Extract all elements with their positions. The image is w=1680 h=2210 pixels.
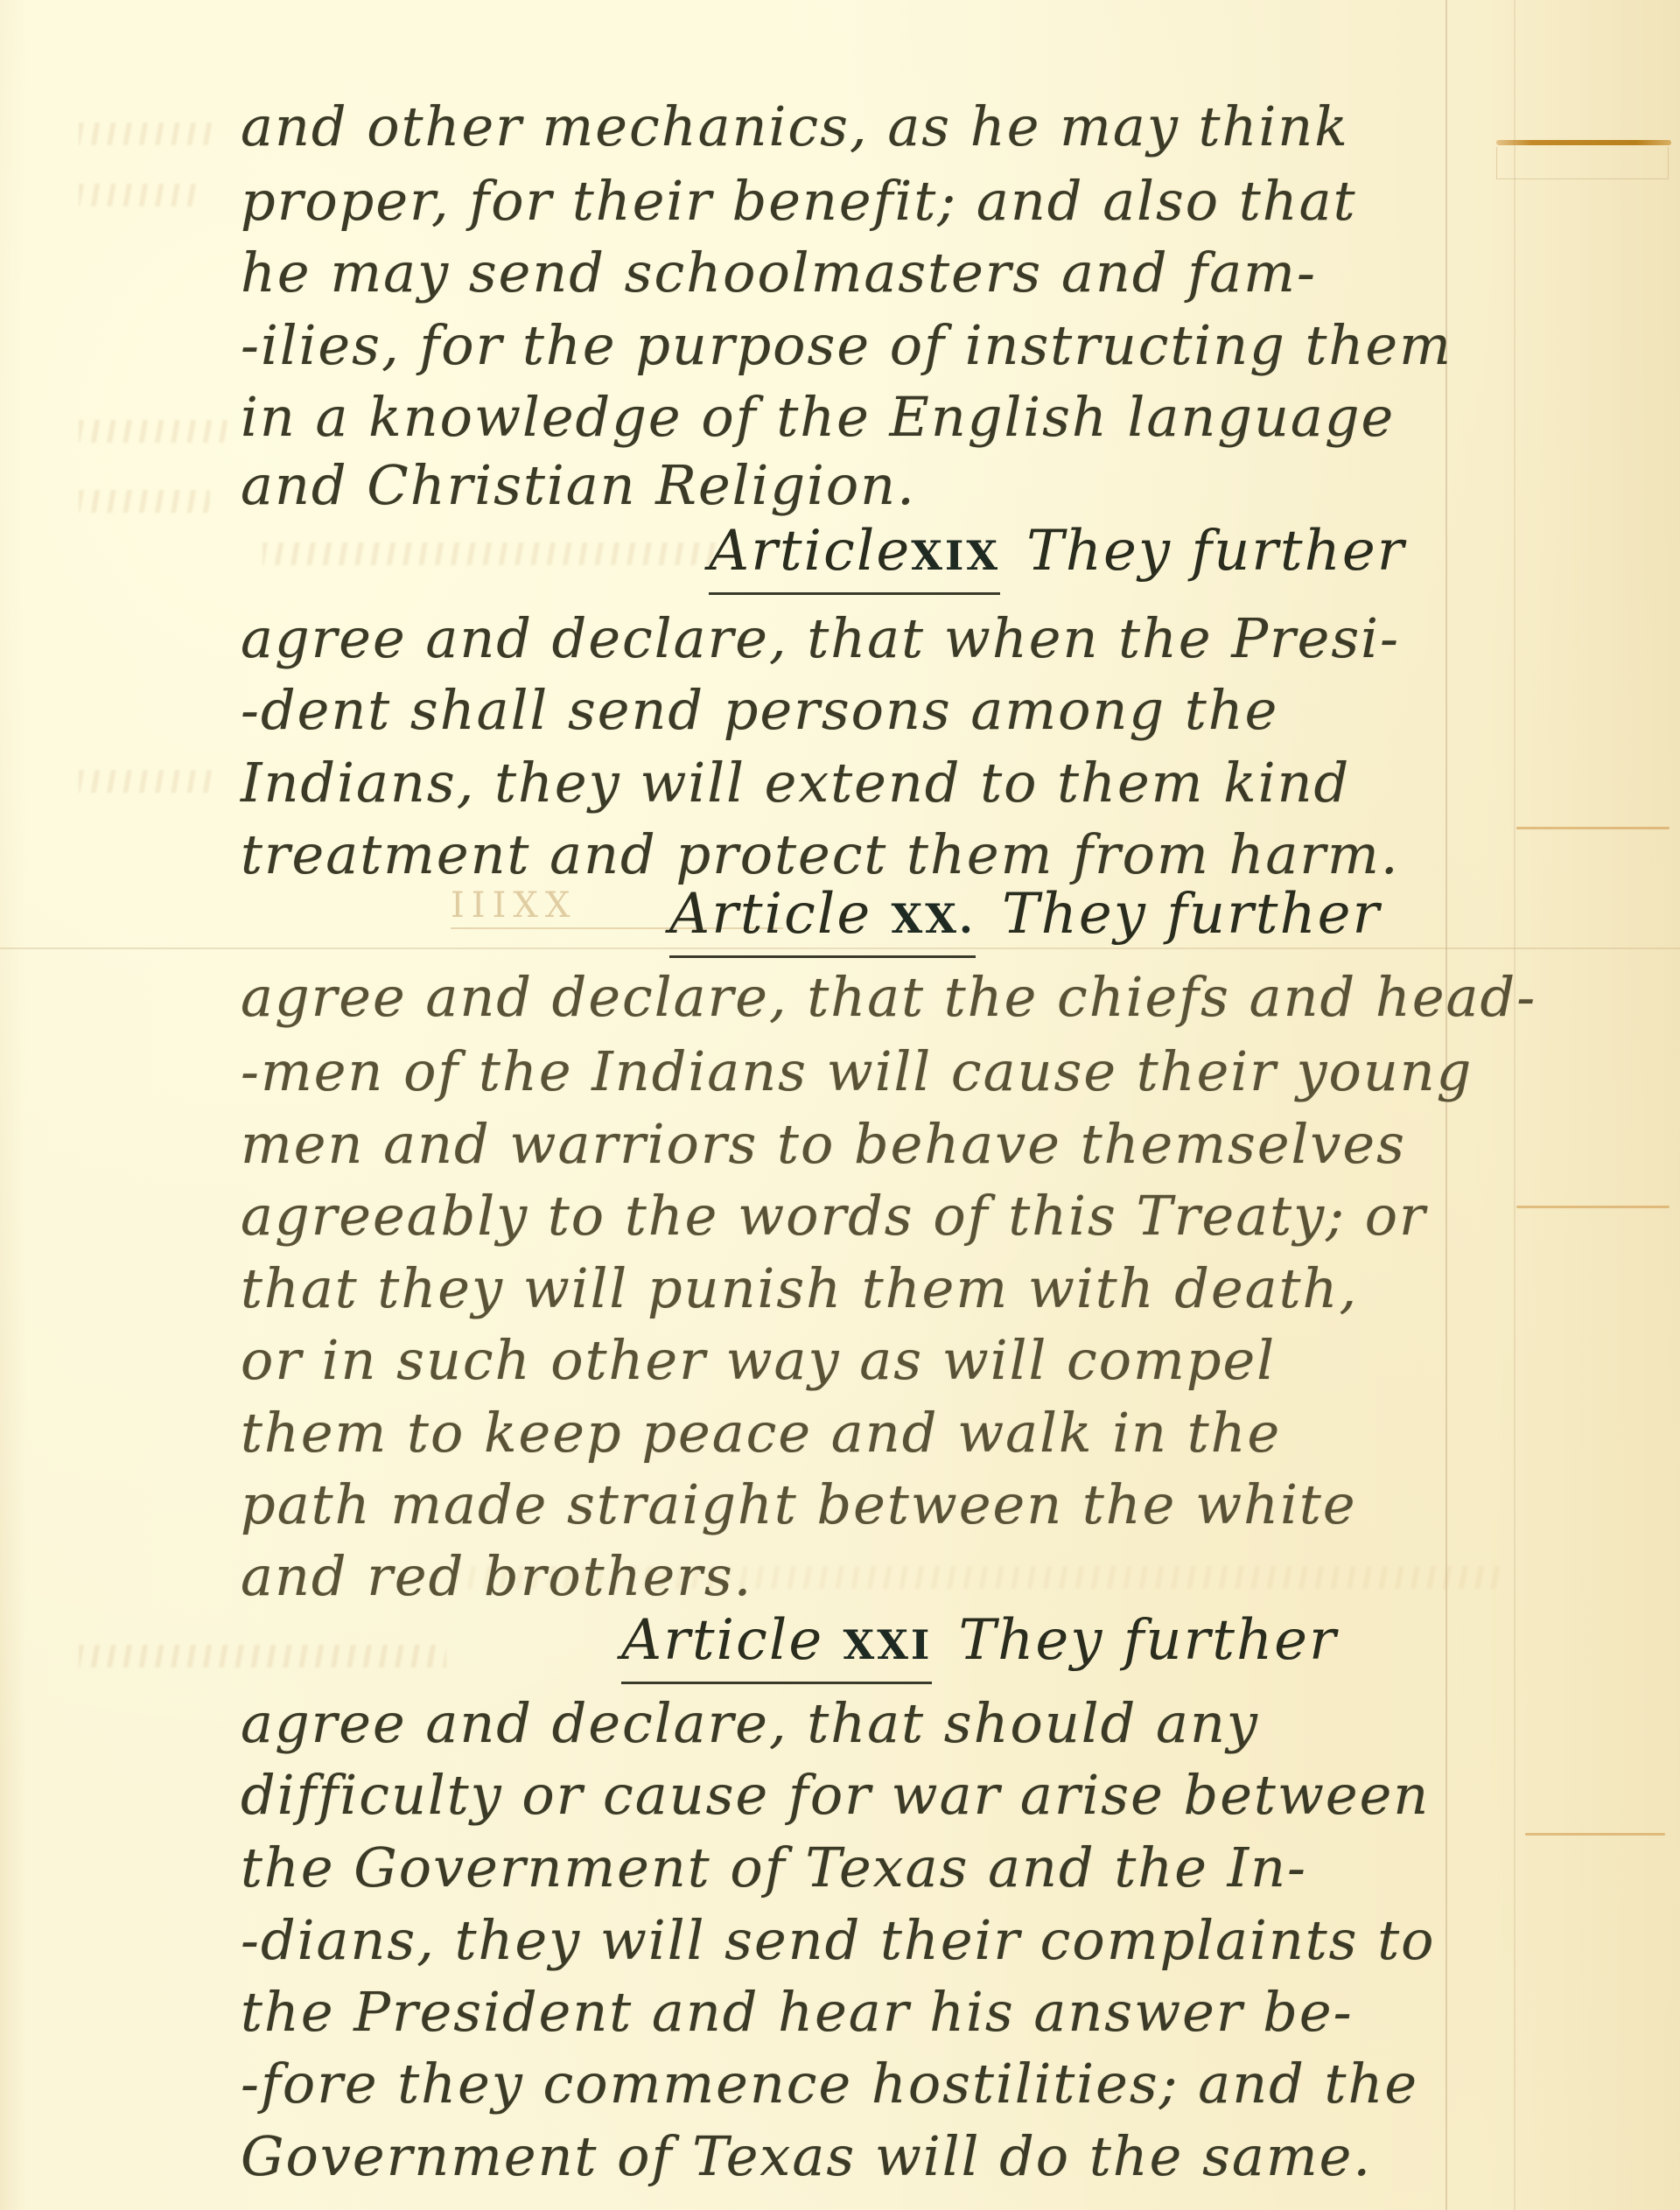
text-line: proper, for their benefit; and also that	[241, 166, 1448, 236]
text-line: and Christian Religion.	[241, 451, 1448, 521]
tab-outline	[1496, 147, 1669, 179]
text-line: men and warriors to behave themselves	[241, 1109, 1448, 1179]
rust-stain-tab	[1496, 140, 1671, 145]
text-line: in a knowledge of the English language	[241, 382, 1448, 452]
text-line: difficulty or cause for war arise betwee…	[241, 1760, 1448, 1830]
text-line: Indians, they will extend to them kind	[241, 748, 1448, 818]
article-word: Article	[709, 519, 911, 584]
article-label: ArticleXIX	[709, 516, 1000, 595]
bleed-through	[79, 122, 219, 145]
text-line: -fore they commence hostilities; and the	[241, 2049, 1448, 2119]
article-heading-tail: They further	[1026, 519, 1405, 584]
article-numeral: XXI	[843, 1621, 933, 1668]
bleed-through	[79, 490, 210, 513]
bleed-through	[79, 1645, 446, 1668]
article-numeral: XIX	[911, 532, 1000, 579]
text-line: -dent shall send persons among the	[241, 675, 1448, 745]
bleed-through	[79, 184, 201, 206]
article-word: Article	[669, 882, 871, 947]
text-line: path made straight between the white	[241, 1470, 1448, 1540]
edge-stain-line	[1516, 1206, 1669, 1208]
bleed-through	[262, 542, 717, 565]
text-line: and red brothers.	[241, 1542, 1448, 1612]
article-heading-tail: They further	[1002, 882, 1381, 947]
text-line: or in such other way as will compel	[241, 1325, 1448, 1395]
text-line: the Government of Texas and the In-	[241, 1833, 1448, 1903]
text-line: that they will punish them with death,	[241, 1254, 1448, 1324]
text-line: the President and hear his answer be-	[241, 1977, 1448, 2047]
text-line: -ilies, for the purpose of instructing t…	[241, 311, 1448, 381]
text-line: agree and declare, that should any	[241, 1689, 1448, 1759]
text-line: agree and declare, that when the Presi-	[241, 604, 1448, 674]
article-heading-xxi: Article XXI They further	[621, 1605, 1338, 1684]
text-line: agree and declare, that the chiefs and h…	[241, 962, 1448, 1032]
article-word: Article	[621, 1608, 823, 1673]
text-line: and other mechanics, as he may think	[241, 92, 1448, 162]
edge-stain-line	[1525, 1833, 1665, 1836]
text-line: -dians, they will send their complaints …	[241, 1906, 1448, 1976]
edge-stain-line	[1516, 827, 1669, 829]
article-label: Article XX.	[669, 879, 976, 958]
article-heading-tail: They further	[958, 1608, 1337, 1673]
bleed-through	[79, 420, 227, 443]
article-heading-xix: ArticleXIX They further	[709, 516, 1405, 595]
bleed-through	[79, 770, 219, 793]
text-line: he may send schoolmasters and fam-	[241, 238, 1448, 308]
paper-edge-rule	[1514, 0, 1515, 2210]
text-line: agreeably to the words of this Treaty; o…	[241, 1181, 1448, 1251]
text-line: Government of Texas will do the same.	[241, 2122, 1448, 2192]
text-line: them to keep peace and walk in the	[241, 1398, 1448, 1468]
article-numeral: XX.	[892, 895, 976, 942]
bleed-through-numeral: IIIXX	[451, 885, 577, 926]
article-label: Article XXI	[621, 1605, 932, 1684]
text-line: -men of the Indians will cause their you…	[241, 1037, 1448, 1107]
article-heading-xx: Article XX. They further	[669, 879, 1381, 958]
manuscript-page: IIIXX and other mechanics, as he may thi…	[0, 0, 1680, 2210]
